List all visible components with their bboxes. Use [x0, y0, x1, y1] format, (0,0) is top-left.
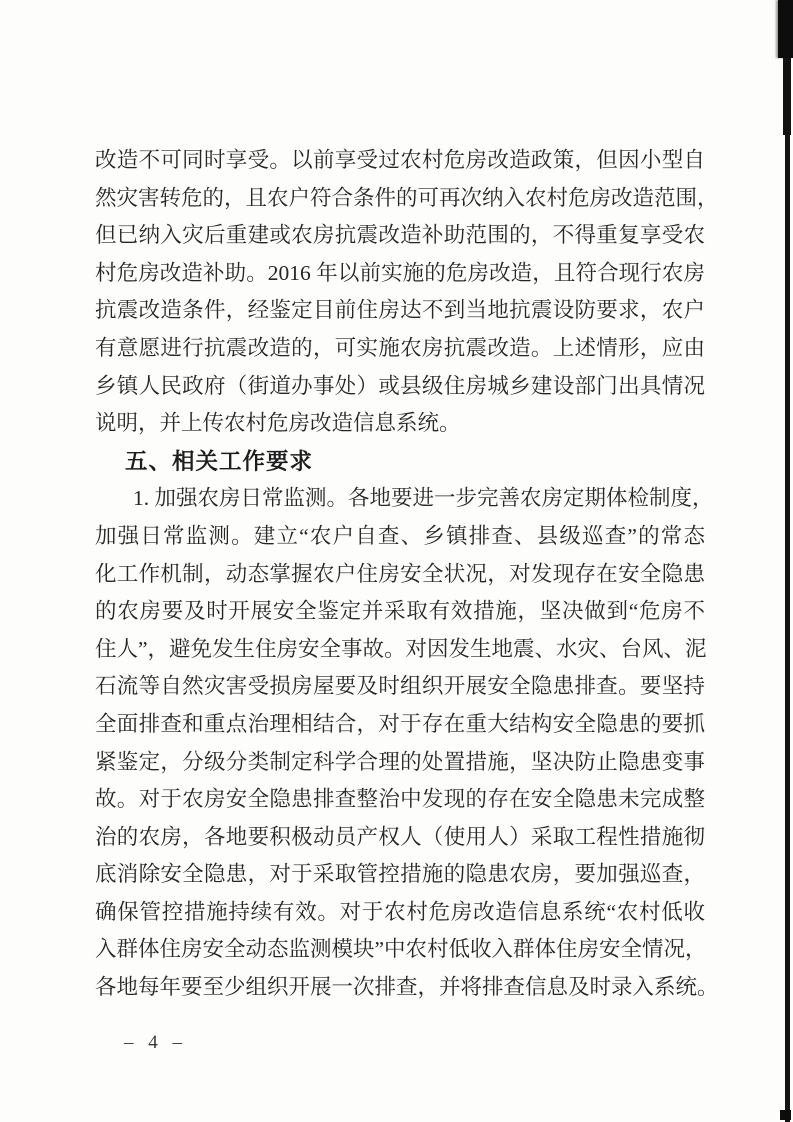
text-line: 但已纳入灾后重建或农房抗震改造补助范围的，不得重复享受农: [95, 217, 705, 255]
text-line: 石流等自然灾害受损房屋要及时组织开展安全隐患排查。要坚持: [95, 668, 705, 706]
text-line: 的农房要及时开展安全鉴定并采取有效措施，坚决做到“危房不: [95, 593, 705, 631]
page-number: – 4 –: [124, 1032, 187, 1054]
text-line: 确保管控措施持续有效。对于农村危房改造信息系统“农村低收: [95, 894, 705, 932]
text-line: 然灾害转危的，且农户符合条件的可再次纳入农村危房改造范围，: [95, 180, 705, 218]
text-line: 底消除安全隐患，对于采取管控措施的隐患农房，要加强巡查，: [95, 856, 705, 894]
text-line: 治的农房，各地要积极动员产权人（使用人）采取工程性措施彻: [95, 819, 705, 857]
text-line: 村危房改造补助。2016 年以前实施的危房改造，且符合现行农房: [95, 255, 705, 293]
text-line: 有意愿进行抗震改造的，可实施农房抗震改造。上述情形，应由: [95, 330, 705, 368]
text-line: 紧鉴定，分级分类制定科学合理的处置措施，坚决防止隐患变事: [95, 744, 705, 782]
text-line: 住人”，避免发生住房安全事故。对因发生地震、水灾、台风、泥: [95, 631, 705, 669]
text-line: 各地每年要至少组织开展一次排查，并将排查信息及时录入系统。: [95, 969, 705, 1007]
text-line: 故。对于农房安全隐患排查整治中发现的存在安全隐患未完成整: [95, 781, 705, 819]
text-line: 入群体住房安全动态监测模块”中农村低收入群体住房安全情况，: [95, 931, 705, 969]
text-line: 1. 加强农房日常监测。各地要进一步完善农房定期体检制度，: [95, 480, 705, 518]
scanned-document-page: 改造不可同时享受。以前享受过农村危房改造政策，但因小型自 然灾害转危的，且农户符…: [0, 0, 793, 1122]
scan-artifact-top-right: [778, 0, 793, 58]
text-line: 说明，并上传农村危房改造信息系统。: [95, 405, 705, 443]
text-line: 改造不可同时享受。以前享受过农村危房改造政策，但因小型自: [95, 142, 705, 180]
scan-artifact-bottom-right: [780, 1110, 791, 1120]
section-heading: 五、相关工作要求: [95, 443, 705, 481]
text-line: 乡镇人民政府（街道办事处）或县级住房城乡建设部门出具情况: [95, 368, 705, 406]
text-line: 加强日常监测。建立“农户自查、乡镇排查、县级巡查”的常态: [95, 518, 705, 556]
text-line: 抗震改造条件，经鉴定目前住房达不到当地抗震设防要求，农户: [95, 292, 705, 330]
scan-artifact-right-edge: [785, 0, 790, 1122]
document-body: 改造不可同时享受。以前享受过农村危房改造政策，但因小型自 然灾害转危的，且农户符…: [95, 142, 705, 1007]
text-line: 化工作机制，动态掌握农户住房安全状况，对发现存在安全隐患: [95, 556, 705, 594]
text-line: 全面排查和重点治理相结合，对于存在重大结构安全隐患的要抓: [95, 706, 705, 744]
